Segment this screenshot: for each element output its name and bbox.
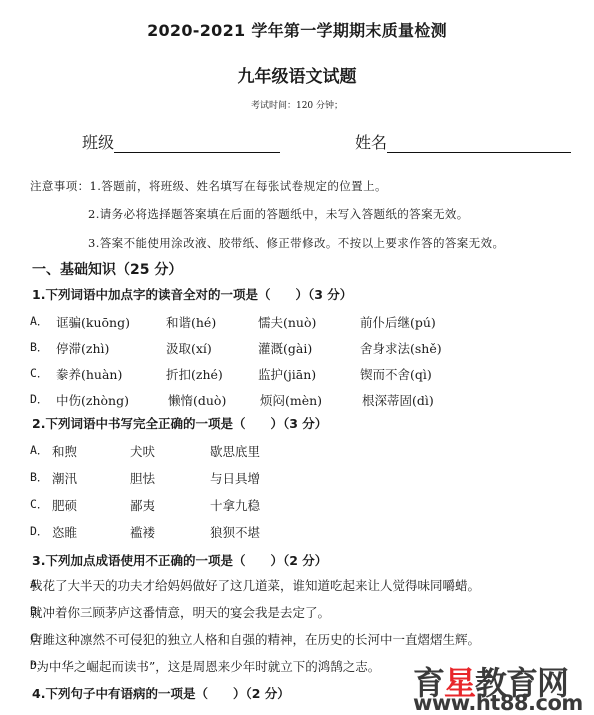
option-word: 懒惰(duò) — [168, 391, 226, 409]
option-sentence: 我花了大半天的功夫才给妈妈做好了这几道菜，谁知道吃起来让人觉得味同嚼蜡。 — [30, 578, 480, 593]
q2-option-d: D． 恣睢 褴褛 狼狈不堪 — [30, 523, 590, 541]
option-word: 肥硕 — [52, 496, 77, 514]
option-letter: A． — [30, 576, 48, 592]
option-word: 舍身求法(shě) — [360, 339, 442, 357]
option-word: 与日具增 — [210, 469, 260, 487]
option-word: 烦闷(mèn) — [260, 391, 322, 409]
option-word: 停滞(zhì) — [56, 339, 109, 357]
option-letter: A． — [30, 442, 48, 458]
option-word: 灌溉(gài) — [258, 339, 312, 357]
note-item-1: 注意事项：1.答题前，将班级、姓名填写在每张试卷规定的位置上。 — [30, 178, 387, 194]
q3-option-d: D．“为中华之崛起而读书”，这是周恩来少年时就立下的鸿鹄之志。 — [30, 657, 380, 675]
option-letter: C． — [30, 496, 48, 512]
watermark-logo: 育星教育网 www.ht88.com — [405, 660, 594, 715]
option-word: 褴褛 — [130, 523, 155, 541]
option-letter: C． — [30, 365, 48, 381]
class-blank-line — [114, 135, 280, 153]
note-text: 1.答题前，将班级、姓名填写在每张试卷规定的位置上。 — [90, 179, 387, 193]
option-word: 懦夫(nuò) — [258, 313, 316, 331]
option-letter: C． — [30, 630, 48, 646]
option-letter: D． — [30, 523, 48, 539]
option-word: 汲取(xí) — [166, 339, 212, 357]
question-1-stem: 1.下列词语中加点字的读音全对的一项是（ ）（3 分） — [32, 285, 352, 303]
option-word: 和谐(hé) — [166, 313, 216, 331]
option-sentence: 唐雎这种凛然不可侵犯的独立人格和自强的精神，在历史的长河中一直熠熠生辉。 — [30, 632, 480, 647]
option-letter: B． — [30, 603, 48, 619]
q1-option-a: A． 诓骗(kuōng) 和谐(hé) 懦夫(nuò) 前仆后继(pú) — [30, 313, 590, 331]
name-blank-line — [387, 135, 571, 153]
option-sentence: 就冲着你三顾茅庐这番情意，明天的宴会我是去定了。 — [30, 605, 330, 620]
class-label: 班级 — [82, 130, 114, 153]
option-word: 十拿九稳 — [210, 496, 260, 514]
option-word: 豢养(huàn) — [56, 365, 122, 383]
notes-prefix: 注意事项： — [30, 179, 90, 193]
option-word: 中伤(zhòng) — [56, 391, 129, 409]
option-word: 恣睢 — [52, 523, 77, 541]
option-word: 鄙夷 — [130, 496, 155, 514]
option-letter: D． — [30, 657, 48, 673]
q3-option-a: A．我花了大半天的功夫才给妈妈做好了这几道菜，谁知道吃起来让人觉得味同嚼蜡。 — [30, 576, 480, 594]
option-word: 根深蒂固(dì) — [362, 391, 434, 409]
option-letter: D． — [30, 391, 48, 407]
q1-option-c: C． 豢养(huàn) 折扣(zhé) 监护(jiān) 锲而不舍(qì) — [30, 365, 590, 383]
option-word: 犬吠 — [130, 442, 155, 460]
option-sentence: “为中华之崛起而读书”，这是周恩来少年时就立下的鸿鹄之志。 — [30, 659, 380, 674]
q2-option-c: C． 肥硕 鄙夷 十拿九稳 — [30, 496, 590, 514]
question-2-stem: 2.下列词语中书写完全正确的一项是（ ）（3 分） — [32, 414, 327, 432]
name-field: 姓名 — [355, 130, 571, 153]
option-word: 胆怯 — [130, 469, 155, 487]
option-word: 前仆后继(pú) — [360, 313, 436, 331]
watermark-url: www.ht88.com — [413, 691, 583, 715]
name-label: 姓名 — [355, 130, 387, 153]
q3-option-b: B．就冲着你三顾茅庐这番情意，明天的宴会我是去定了。 — [30, 603, 330, 621]
option-letter: B． — [30, 339, 48, 355]
note-item-3: 3.答案不能使用涂改液、胶带纸、修正带修改。不按以上要求作答的答案无效。 — [88, 235, 504, 251]
section-heading: 一、基础知识（25 分） — [32, 259, 182, 279]
q2-option-b: B． 潮汛 胆怯 与日具增 — [30, 469, 590, 487]
exam-time: 考试时间：120 分钟； — [0, 98, 594, 111]
option-word: 狼狈不堪 — [210, 523, 260, 541]
q2-option-a: A． 和煦 犬吠 歇思底里 — [30, 442, 590, 460]
exam-title: 2020-2021 学年第一学期期末质量检测 — [0, 18, 594, 41]
question-4-stem: 4.下列句子中有语病的一项是（ ）（2 分） — [32, 684, 290, 702]
option-letter: B． — [30, 469, 48, 485]
q1-option-b: B． 停滞(zhì) 汲取(xí) 灌溉(gài) 舍身求法(shě) — [30, 339, 590, 357]
q1-option-d: D． 中伤(zhòng) 懒惰(duò) 烦闷(mèn) 根深蒂固(dì) — [30, 391, 590, 409]
q3-option-c: C．唐雎这种凛然不可侵犯的独立人格和自强的精神，在历史的长河中一直熠熠生辉。 — [30, 630, 480, 648]
option-word: 和煦 — [52, 442, 77, 460]
question-3-stem: 3.下列加点成语使用不正确的一项是（ ）（2 分） — [32, 551, 327, 569]
class-field: 班级 — [82, 130, 280, 153]
exam-subtitle: 九年级语文试题 — [0, 62, 594, 87]
option-letter: A． — [30, 313, 48, 329]
option-word: 折扣(zhé) — [166, 365, 223, 383]
option-word: 锲而不舍(qì) — [360, 365, 432, 383]
note-item-2: 2.请务必将选择题答案填在后面的答题纸中，未写入答题纸的答案无效。 — [88, 206, 469, 222]
option-word: 诓骗(kuōng) — [56, 313, 130, 331]
option-word: 监护(jiān) — [258, 365, 316, 383]
option-word: 歇思底里 — [210, 442, 260, 460]
option-word: 潮汛 — [52, 469, 77, 487]
